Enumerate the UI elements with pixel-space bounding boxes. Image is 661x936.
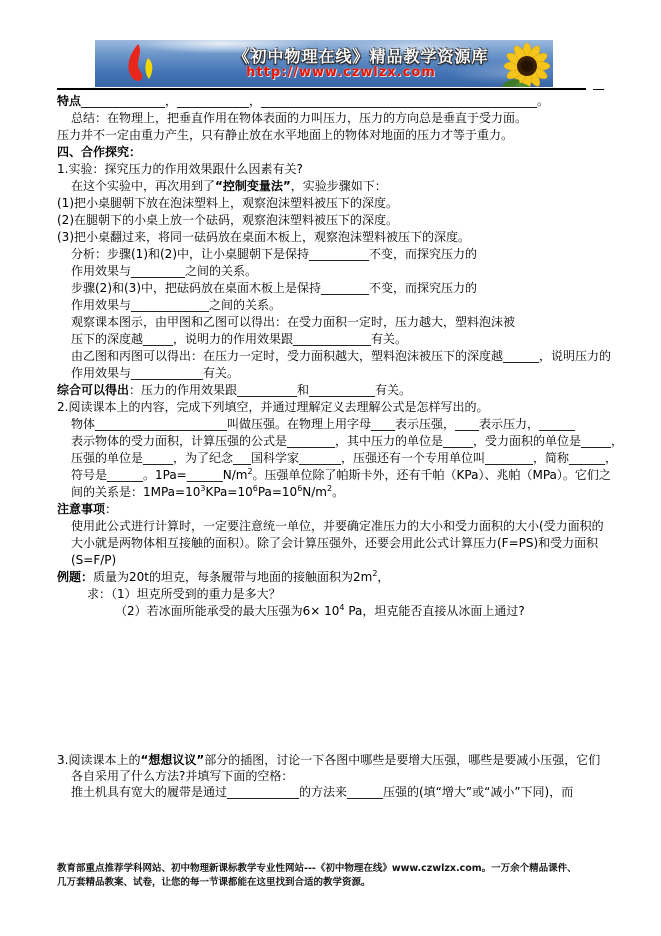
- text-line: 大小就是两物体相互接触的面积）。除了会计算压强外，还要会用此公式计算压力(F=P…: [57, 535, 647, 552]
- text-line: 物体______________________叫做压强。在物理上用字母____…: [57, 416, 647, 433]
- body-text: （2）若冰面所能承受的最大压强为6× 10: [115, 604, 339, 618]
- text-line: 求：（1）坦克所受到的重力是多大？: [57, 586, 647, 603]
- banner-title: 《初中物理在线》精品教学资源库: [191, 44, 531, 67]
- body-text: 作用效果与____________有关。: [71, 366, 239, 380]
- body-text: 符号是______。1Pa=______N/m: [71, 468, 247, 482]
- text-line: 例题：质量为20t的坦克，每条履带与地面的接触面积为2m2，: [57, 569, 647, 586]
- text-line: (2)在腿朝下的小桌上放一个砝码，观察泡沫塑料被压下的深度。: [57, 212, 647, 229]
- text-line: 作用效果与_____________之间的关系。: [57, 297, 647, 314]
- text-line: （2）若冰面所能承受的最大压强为6× 104 Pa，坦克能否直接从冰面上通过?: [57, 603, 647, 620]
- body-text: N/m: [302, 485, 327, 499]
- body-text: Pa=10: [258, 485, 297, 499]
- body-text: 压力并不一定由重力产生，只有静止放在水平地面上的物体对地面的压力才等于重力。: [57, 128, 513, 142]
- body-text: ______________，____________，____________…: [81, 94, 549, 108]
- body-text: 部分的插图，讨论一下各图中哪些是要增大压强，哪些是要减小压强，它们: [204, 753, 600, 767]
- body-text: 质量为20t的坦克，每条履带与地面的接触面积为2m: [93, 570, 372, 584]
- body-text: (2)在腿朝下的小桌上放一个砝码，观察泡沫塑料被压下的深度。: [57, 213, 398, 227]
- body-text: 作用效果与_________之间的关系。: [71, 264, 257, 278]
- text-line: 表示物体的受力面积，计算压强的公式是________，其中压力的单位是_____…: [57, 433, 647, 450]
- text-line: 1.实验：探究压力的作用效果跟什么因素有关?: [57, 161, 647, 178]
- body-text: 。压强单位除了帕斯卡外，还有千帕（KPa）、兆帕（MPa）。它们之: [253, 468, 611, 482]
- body-text: 各自采用了什么方法?并填写下面的空格：: [71, 769, 293, 783]
- emphasis-text: “想想议议”: [140, 753, 204, 767]
- body-text: (S=F/P): [71, 553, 116, 567]
- body-text: 大小就是两物体相互接触的面积）。除了会计算压强外，还要会用此公式计算压力(F=P…: [71, 536, 598, 550]
- text-line: 压力并不一定由重力产生，只有静止放在水平地面上的物体对地面的压力才等于重力。: [57, 127, 647, 144]
- body-text: ，实验步骤如下：: [291, 179, 387, 193]
- body-text: 在这个实验中，再次用到了: [71, 179, 215, 193]
- flame-logo-icon: [123, 43, 163, 85]
- body-text: 表示物体的受力面积，计算压强的公式是________，其中压力的单位是_____…: [71, 434, 623, 448]
- banner-url-link[interactable]: http://www.czwlzx.com: [191, 65, 491, 80]
- text-line: 分析：步骤(1)和(2)中，让小桌腿朝下是保持__________不变，而探究压…: [57, 246, 647, 263]
- body-text: 总结：在物理上，把垂直作用在物体表面的力叫压力，压力的方向总是垂直于受力面。: [71, 111, 527, 125]
- body-text: 物体______________________叫做压强。在物理上用字母____…: [71, 417, 575, 431]
- body-text: 间的关系是：1MPa=10: [71, 485, 200, 499]
- text-line: 2.阅读课本上的内容，完成下列填空，并通过理解定义去理解公式是怎样写出的。: [57, 399, 647, 416]
- body-text: 压强的单位是_____，为了纪念___国科学家_______，压强还有一个专用单…: [71, 451, 617, 465]
- body-text: 作用效果与_____________之间的关系。: [71, 298, 281, 312]
- body-text: 分析：步骤(1)和(2)中，让小桌腿朝下是保持__________不变，而探究压…: [71, 247, 477, 261]
- footer-line: 教育部重点推荐学科网站、初中物理新课标教学专业性网站---《初中物理在线》www…: [57, 862, 617, 876]
- text-line: 总结：在物理上，把垂直作用在物体表面的力叫压力，压力的方向总是垂直于受力面。: [57, 110, 647, 127]
- text-line: 四、合作探究：: [57, 144, 647, 161]
- emphasis-text: 注意事项: [57, 502, 105, 516]
- body-text: 求：（1）坦克所受到的重力是多大？: [87, 587, 281, 601]
- body-text: ：压力的作用效果跟__________和___________有关。: [129, 383, 411, 397]
- worksheet-main-section: 特点______________，____________，__________…: [57, 93, 647, 620]
- text-line: 注意事项：: [57, 501, 647, 518]
- body-text: 观察课本图示，由甲图和乙图可以得出：在受力面积一定时，压力越大，塑料泡沫被: [71, 315, 515, 329]
- text-line: 压下的深度越_____，说明力的作用效果跟_____________有关。: [57, 331, 647, 348]
- footer-line: 几万套精品教案、试卷，让您的每一节课都能在这里找到合适的教学资源。: [57, 876, 617, 890]
- text-line: 作用效果与_________之间的关系。: [57, 263, 647, 280]
- worksheet-part3-section: 3.阅读课本上的“想想议议”部分的插图，讨论一下各图中哪些是要增大压强，哪些是要…: [57, 752, 647, 800]
- body-text: Pa，坦克能否直接从冰面上通过?: [345, 604, 525, 618]
- body-text: 1.实验：探究压力的作用效果跟什么因素有关?: [57, 162, 303, 176]
- text-line: 综合可以得出：压力的作用效果跟__________和___________有关。: [57, 382, 647, 399]
- body-text: 步骤(2)和(3)中，把砝码放在桌面木板上是保持________不变，而探究压力…: [71, 281, 477, 295]
- emphasis-text: 例题：: [57, 570, 93, 584]
- body-text: KPa=10: [205, 485, 252, 499]
- text-line: 间的关系是：1MPa=103KPa=106Pa=106N/m2。: [57, 484, 647, 501]
- header-divider-dash: [593, 89, 604, 90]
- emphasis-text: 综合可以得出: [57, 383, 129, 397]
- text-line: 3.阅读课本上的“想想议议”部分的插图，讨论一下各图中哪些是要增大压强，哪些是要…: [57, 752, 647, 768]
- emphasis-text: “控制变量法”: [215, 179, 291, 193]
- body-text: ，: [377, 570, 389, 584]
- header-divider-line: [57, 88, 586, 90]
- body-text: (3)把小桌翻过来，将同一砝码放在桌面木板上，观察泡沫塑料被压下的深度。: [57, 230, 470, 244]
- text-line: 步骤(2)和(3)中，把砝码放在桌面木板上是保持________不变，而探究压力…: [57, 280, 647, 297]
- worksheet-page: { "banner": { "title": "《初中物理在线》精品教学资源库"…: [0, 0, 661, 936]
- emphasis-text: 特点: [57, 94, 81, 108]
- text-line: (3)把小桌翻过来，将同一砝码放在桌面木板上，观察泡沫塑料被压下的深度。: [57, 229, 647, 246]
- text-line: 压强的单位是_____，为了纪念___国科学家_______，压强还有一个专用单…: [57, 450, 647, 467]
- body-text: 3.阅读课本上的: [57, 753, 140, 767]
- emphasis-text: 四、合作探究：: [57, 145, 141, 159]
- body-text: 由乙图和丙图可以得出：在压力一定时，受力面积越大，塑料泡沫被压下的深度越____…: [71, 349, 611, 363]
- body-text: 压下的深度越_____，说明力的作用效果跟_____________有关。: [71, 332, 407, 346]
- text-line: 使用此公式进行计算时，一定要注意统一单位，并要确定准压力的大小和受力面积的大小(…: [57, 518, 647, 535]
- text-line: (1)把小桌腿朝下放在泡沫塑料上，观察泡沫塑料被压下的深度。: [57, 195, 647, 212]
- body-text: ：: [105, 502, 117, 516]
- text-line: 在这个实验中，再次用到了“控制变量法”，实验步骤如下：: [57, 178, 647, 195]
- body-text: 推土机具有宽大的履带是通过____________的方法来______压强的(填…: [71, 785, 573, 799]
- body-text: (1)把小桌腿朝下放在泡沫塑料上，观察泡沫塑料被压下的深度。: [57, 196, 398, 210]
- text-line: 特点______________，____________，__________…: [57, 93, 647, 110]
- body-text: 使用此公式进行计算时，一定要注意统一单位，并要确定准压力的大小和受力面积的大小(…: [71, 519, 604, 533]
- sunflower-icon: [487, 40, 553, 87]
- text-line: 由乙图和丙图可以得出：在压力一定时，受力面积越大，塑料泡沫被压下的深度越____…: [57, 348, 647, 365]
- text-line: 推土机具有宽大的履带是通过____________的方法来______压强的(填…: [57, 784, 647, 800]
- body-text: 。: [332, 485, 344, 499]
- text-line: 各自采用了什么方法?并填写下面的空格：: [57, 768, 647, 784]
- text-line: 作用效果与____________有关。: [57, 365, 647, 382]
- text-line: 符号是______。1Pa=______N/m2。压强单位除了帕斯卡外，还有千帕…: [57, 467, 647, 484]
- text-line: 观察课本图示，由甲图和乙图可以得出：在受力面积一定时，压力越大，塑料泡沫被: [57, 314, 647, 331]
- text-line: (S=F/P): [57, 552, 647, 569]
- body-text: 2.阅读课本上的内容，完成下列填空，并通过理解定义去理解公式是怎样写出的。: [57, 400, 488, 414]
- footer: 教育部重点推荐学科网站、初中物理新课标教学专业性网站---《初中物理在线》www…: [57, 862, 617, 890]
- site-banner: 《初中物理在线》精品教学资源库 http://www.czwlzx.com: [95, 40, 553, 87]
